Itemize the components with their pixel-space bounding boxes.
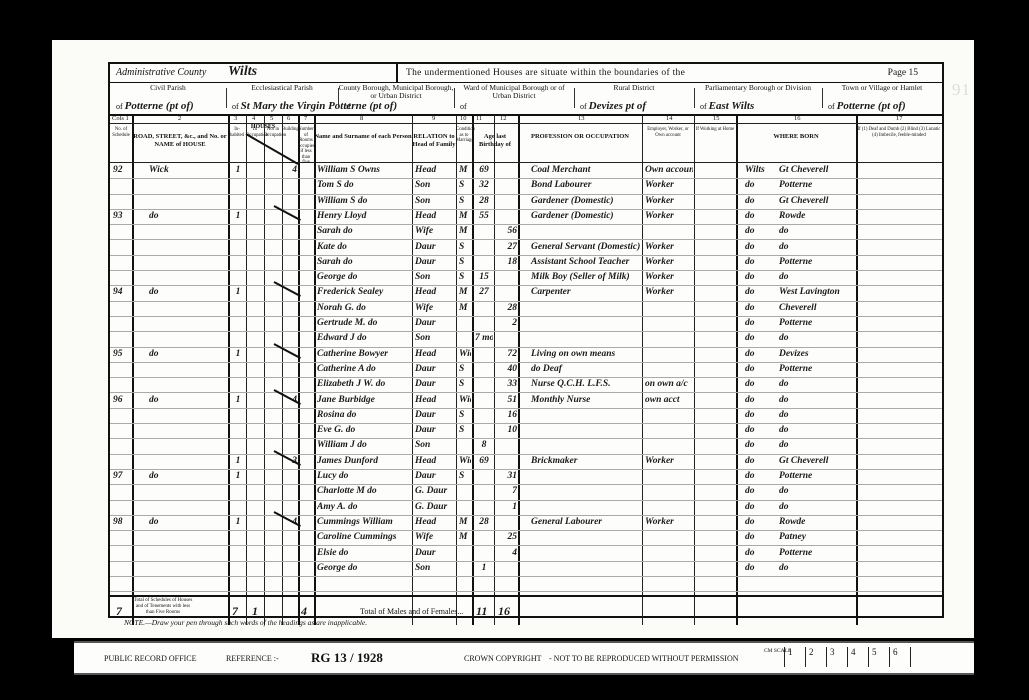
cell-cond: S	[459, 255, 471, 270]
cell-rel: Son	[415, 331, 455, 346]
cell-rel: Son	[415, 178, 455, 193]
column-number: 11	[476, 115, 482, 122]
cell-born_b: do	[779, 377, 855, 392]
cell-sched: 98	[113, 515, 131, 530]
cell-road	[135, 408, 241, 423]
cell-born_b: Gt Cheverell	[779, 454, 855, 469]
scale-cell: 6	[889, 647, 910, 667]
cell-female: 28	[497, 301, 517, 316]
cell-born_a: do	[739, 255, 781, 270]
column-header: Not in Occupation	[264, 123, 282, 163]
column-number: 7	[304, 115, 307, 122]
cell-occ: Assistant School Teacher	[521, 255, 651, 270]
column-header: If (1) Deaf and Dumb (2) Blind (3) Lunat…	[856, 123, 942, 163]
table-row: 13James DunfordHeadWid69BrickmakerWorker…	[110, 454, 942, 470]
column-header: Age last Birthday of	[472, 123, 518, 163]
cell-emp	[645, 546, 693, 561]
cell-occ: Living on own means	[521, 347, 651, 362]
cell-male	[475, 423, 493, 438]
district-divider	[574, 88, 575, 108]
table-row: 95do1Catherine BowyerHeadWid72Living on …	[110, 347, 942, 363]
cell-cond	[459, 316, 471, 331]
cell-inhab	[231, 362, 245, 377]
column-header: Condition as to Marriage	[456, 123, 472, 163]
cell-rel: Head	[415, 209, 455, 224]
cell-road: do	[135, 209, 241, 224]
cell-born_b: do	[779, 484, 855, 499]
cell-cond: M	[459, 530, 471, 545]
cell-name: Lucy do	[317, 469, 411, 484]
cell-emp	[645, 530, 693, 545]
cell-emp	[645, 362, 693, 377]
cell-name: Sarah do	[317, 255, 411, 270]
cell-born_a: do	[739, 209, 781, 224]
cell-female	[497, 285, 517, 300]
cell-female: 2	[497, 316, 517, 331]
cell-name: Frederick Sealey	[317, 285, 411, 300]
cell-occ	[521, 438, 651, 453]
district-divider	[454, 88, 455, 108]
cell-born_a: do	[739, 484, 781, 499]
cell-cond: S	[459, 469, 471, 484]
cell-inhab	[231, 408, 245, 423]
cell-inhab	[231, 377, 245, 392]
scale-cell: 2	[805, 647, 826, 667]
cell-inhab	[231, 301, 245, 316]
copyright-label: CROWN COPYRIGHT	[464, 654, 542, 663]
cell-name: Sarah do	[317, 224, 411, 239]
cell-name: Elsie do	[317, 546, 411, 561]
cell-female: 33	[497, 377, 517, 392]
cell-name: Amy A. do	[317, 500, 411, 515]
cell-rooms	[285, 423, 297, 438]
cell-born_b: Rowde	[779, 515, 855, 530]
cell-rel: Son	[415, 438, 455, 453]
cell-born_a: do	[739, 377, 781, 392]
cell-born_a: do	[739, 301, 781, 316]
cell-male	[475, 484, 493, 499]
cell-name: Norah G. do	[317, 301, 411, 316]
cell-occ	[521, 500, 651, 515]
district-cell: Ecclesiastical Parishof St Mary the Virg…	[226, 82, 338, 114]
cell-road	[135, 484, 241, 499]
cell-born_b: do	[779, 500, 855, 515]
cell-male	[475, 469, 493, 484]
cell-inhab	[231, 546, 245, 561]
cell-rel: Head	[415, 454, 455, 469]
district-value: of Potterne (pt of)	[116, 100, 194, 112]
cell-sched	[113, 530, 131, 545]
cell-rooms	[285, 316, 297, 331]
cell-sched	[113, 408, 131, 423]
cell-name: Edward J do	[317, 331, 411, 346]
cell-male: 69	[475, 163, 493, 178]
total-rooms: 4	[301, 605, 307, 619]
cell-sched	[113, 316, 131, 331]
cell-born_b: West Lavington	[779, 285, 855, 300]
cell-road: do	[135, 347, 241, 362]
cell-rel: Head	[415, 163, 455, 178]
cell-inhab	[231, 530, 245, 545]
total-males: 11	[476, 605, 487, 619]
district-name: Potterne (pt of)	[125, 100, 194, 112]
column-number: 15	[713, 115, 720, 122]
district-prefix: of	[116, 102, 123, 111]
cell-sched: 92	[113, 163, 131, 178]
cell-emp	[645, 484, 693, 499]
cell-emp	[645, 408, 693, 423]
cell-rel: Head	[415, 393, 455, 408]
cell-rel: G. Daur	[415, 500, 455, 515]
cell-occ	[521, 301, 651, 316]
cell-road	[135, 500, 241, 515]
cell-name: Catherine Bowyer	[317, 347, 411, 362]
cell-cond: S	[459, 178, 471, 193]
cell-rel: Daur	[415, 377, 455, 392]
cell-born_a: do	[739, 224, 781, 239]
cell-occ	[521, 484, 651, 499]
cell-male: 15	[475, 270, 493, 285]
cell-inhab	[231, 484, 245, 499]
cell-occ	[521, 530, 651, 545]
cell-sched	[113, 438, 131, 453]
cell-born_b: Cheverell	[779, 301, 855, 316]
admin-county-value: Wilts	[228, 64, 257, 80]
cell-occ: Bond Labourer	[521, 178, 651, 193]
cell-inhab: 1	[231, 285, 245, 300]
cell-sched	[113, 194, 131, 209]
district-label: Rural District	[574, 84, 694, 92]
cell-rooms	[285, 240, 297, 255]
cell-male: 69	[475, 454, 493, 469]
cell-born_b: Gt Cheverell	[779, 194, 855, 209]
cell-sched	[113, 423, 131, 438]
cell-inhab	[231, 500, 245, 515]
cell-male	[475, 546, 493, 561]
cell-emp: Worker	[645, 515, 693, 530]
scale-cell: 5	[868, 647, 889, 667]
cell-road	[135, 561, 241, 576]
scale-cell: 1	[784, 647, 805, 667]
cell-cond: Wid	[459, 454, 471, 469]
cell-occ	[521, 469, 651, 484]
census-form: Administrative County Wilts The undermen…	[108, 62, 944, 618]
column-number: 16	[794, 115, 801, 122]
cell-rel: Wife	[415, 224, 455, 239]
table-row: Sarah doWifeM56dodo	[110, 224, 942, 240]
district-prefix: of	[828, 102, 835, 111]
cell-male: 8	[475, 438, 493, 453]
form-header: Administrative County Wilts The undermen…	[110, 64, 942, 83]
cell-born_b: Rowde	[779, 209, 855, 224]
cell-female: 56	[497, 224, 517, 239]
cell-rel: Head	[415, 347, 455, 362]
cell-born_a: do	[739, 194, 781, 209]
side-folio-number: 91	[952, 80, 971, 100]
cell-emp: on own a/c	[645, 377, 693, 392]
district-cell: County Borough, Municipal Borough, or Ur…	[338, 82, 454, 114]
cell-emp	[645, 301, 693, 316]
cell-male	[475, 500, 493, 515]
cell-born_a: do	[739, 362, 781, 377]
cell-emp	[645, 561, 693, 576]
cell-sched: 94	[113, 285, 131, 300]
table-row: Gertrude M. doDaur2doPotterne	[110, 316, 942, 332]
cell-born_a: do	[739, 515, 781, 530]
cell-rooms	[285, 362, 297, 377]
cell-inhab	[231, 240, 245, 255]
district-label: Ecclesiastical Parish	[226, 84, 338, 92]
total-inhabited: 7	[232, 605, 238, 619]
cell-inhab: 1	[231, 347, 245, 362]
cell-born_b: do	[779, 270, 855, 285]
cell-male	[475, 530, 493, 545]
district-cell: Town or Village or Hamletof Potterne (pt…	[822, 82, 942, 114]
cell-emp: own acct	[645, 393, 693, 408]
column-number: 9	[432, 115, 435, 122]
cell-cond: S	[459, 240, 471, 255]
cell-emp: Worker	[645, 194, 693, 209]
cell-rel: Head	[415, 515, 455, 530]
reference-label: REFERENCE :-	[226, 654, 279, 663]
census-table: Cols 1234567891011121314151617No. of Sch…	[110, 115, 942, 577]
cell-born_b: Potterne	[779, 362, 855, 377]
cell-occ: Carpenter	[521, 285, 651, 300]
cell-sched	[113, 224, 131, 239]
cell-road	[135, 438, 241, 453]
cell-emp	[645, 423, 693, 438]
cell-born_b: Potterne	[779, 546, 855, 561]
cell-occ: General Servant (Domestic)	[521, 240, 651, 255]
cell-female: 72	[497, 347, 517, 362]
cell-emp	[645, 316, 693, 331]
district-prefix: of	[460, 102, 467, 111]
cell-female: 18	[497, 255, 517, 270]
cell-name: Jane Burbidge	[317, 393, 411, 408]
cell-occ: Coal Merchant	[521, 163, 651, 178]
district-divider	[226, 88, 227, 108]
column-number: 14	[666, 115, 673, 122]
cell-sched	[113, 178, 131, 193]
cell-name: Henry Lloyd	[317, 209, 411, 224]
cell-female: 7	[497, 484, 517, 499]
cell-male	[475, 240, 493, 255]
cell-name: Elizabeth J W. do	[317, 377, 411, 392]
cm-scale: 123456	[784, 647, 931, 667]
column-number: 3	[234, 115, 237, 122]
cell-rel: Daur	[415, 408, 455, 423]
cell-male: 1	[475, 561, 493, 576]
cell-born_b: Potterne	[779, 255, 855, 270]
cell-emp	[645, 500, 693, 515]
cell-rooms	[285, 438, 297, 453]
district-label: Town or Village or Hamlet	[822, 84, 942, 92]
cell-sched	[113, 301, 131, 316]
cell-male	[475, 224, 493, 239]
cell-born_a: do	[739, 240, 781, 255]
cell-rel: Daur	[415, 240, 455, 255]
cell-born_b: do	[779, 561, 855, 576]
cell-road: do	[135, 285, 241, 300]
cell-emp: Worker	[645, 454, 693, 469]
table-row: Tom S doSonS32Bond LabourerWorkerdoPotte…	[110, 178, 942, 194]
district-cell: Parliamentary Borough or Divisionof East…	[694, 82, 822, 114]
cell-road	[135, 377, 241, 392]
table-row: 98do14Cummings WilliamHeadM28General Lab…	[110, 515, 942, 531]
cell-male	[475, 362, 493, 377]
cell-rooms	[285, 194, 297, 209]
cell-rooms	[285, 530, 297, 545]
cell-inhab	[231, 423, 245, 438]
cell-rel: Son	[415, 194, 455, 209]
cell-born_a: do	[739, 178, 781, 193]
district-value: of	[460, 100, 467, 112]
cell-road	[135, 454, 241, 469]
cell-emp: Worker	[645, 178, 693, 193]
cell-inhab	[231, 224, 245, 239]
cell-emp	[645, 347, 693, 362]
cell-born_a: do	[739, 530, 781, 545]
cell-female: 27	[497, 240, 517, 255]
column-number: 10	[460, 115, 467, 122]
district-divider	[338, 88, 339, 108]
column-number: 2	[178, 115, 181, 122]
cell-rooms	[285, 270, 297, 285]
cell-occ: Gardener (Domestic)	[521, 194, 651, 209]
cell-road	[135, 546, 241, 561]
table-row: Amy A. doG. Daur1dodo	[110, 500, 942, 516]
cell-born_b: Potterne	[779, 178, 855, 193]
permission-notice: - NOT TO BE REPRODUCED WITHOUT PERMISSIO…	[549, 654, 739, 663]
cell-road	[135, 224, 241, 239]
cell-sched	[113, 484, 131, 499]
table-row: Caroline CummingsWifeM25doPatney	[110, 530, 942, 546]
district-label: County Borough, Municipal Borough, or Ur…	[338, 84, 454, 100]
district-cell: Civil Parishof Potterne (pt of)	[110, 82, 226, 114]
district-prefix: of	[580, 102, 587, 111]
table-row: Catherine A doDaurS40do DeafdoPotterne	[110, 362, 942, 378]
cell-born_a: do	[739, 561, 781, 576]
cell-female	[497, 515, 517, 530]
cell-name: Caroline Cummings	[317, 530, 411, 545]
cell-name: Gertrude M. do	[317, 316, 411, 331]
cell-sched	[113, 454, 131, 469]
district-prefix: of	[344, 102, 351, 111]
cell-born_b: do	[779, 224, 855, 239]
record-office-label: PUBLIC RECORD OFFICE	[104, 654, 196, 663]
cell-road: Wick	[135, 163, 241, 178]
cell-male	[475, 255, 493, 270]
scale-cell	[910, 647, 931, 667]
form-note: NOTE.—Draw your pen through such words o…	[124, 618, 367, 627]
cell-female: 40	[497, 362, 517, 377]
cell-sched	[113, 377, 131, 392]
cell-name: James Dunford	[317, 454, 411, 469]
total-uninhabited: 1	[252, 605, 258, 619]
table-row: 96do14Jane BurbidgeHeadWid51Monthly Nurs…	[110, 393, 942, 409]
cell-road: do	[135, 393, 241, 408]
cell-born_b: Potterne	[779, 316, 855, 331]
cell-name: George do	[317, 561, 411, 576]
cell-rel: Daur	[415, 255, 455, 270]
cell-rel: Wife	[415, 301, 455, 316]
cell-inhab: 1	[231, 469, 245, 484]
cell-occ	[521, 423, 651, 438]
column-header: WHERE BORN	[736, 123, 856, 163]
cell-cond: S	[459, 362, 471, 377]
total-schedules: 7	[116, 605, 122, 619]
cell-male	[475, 347, 493, 362]
cell-rooms	[285, 178, 297, 193]
cell-cond	[459, 546, 471, 561]
cell-born_a: do	[739, 270, 781, 285]
cell-female: 51	[497, 393, 517, 408]
cell-sched	[113, 331, 131, 346]
cell-rooms	[285, 484, 297, 499]
cell-inhab: 1	[231, 515, 245, 530]
cell-born_b: Potterne	[779, 469, 855, 484]
cell-cond: Wid	[459, 347, 471, 362]
cell-rooms	[285, 500, 297, 515]
district-label: Civil Parish	[110, 84, 226, 92]
cell-emp	[645, 469, 693, 484]
cell-cond	[459, 438, 471, 453]
table-row: Elsie doDaur4doPotterne	[110, 546, 942, 562]
column-number: 6	[287, 115, 290, 122]
cell-rel: Daur	[415, 316, 455, 331]
cell-emp: Worker	[645, 285, 693, 300]
cell-rel: Wife	[415, 530, 455, 545]
column-header: ROAD, STREET, &c., and No. or NAME of HO…	[132, 123, 228, 163]
cell-rel: Daur	[415, 423, 455, 438]
cell-sched	[113, 561, 131, 576]
cell-name: Kate do	[317, 240, 411, 255]
cell-rel: Son	[415, 561, 455, 576]
column-header: Number of Rooms occupied if less than fi…	[298, 123, 314, 163]
cell-rooms	[285, 561, 297, 576]
cell-occ	[521, 546, 651, 561]
admin-county-label: Administrative County	[116, 67, 206, 78]
cell-male	[475, 393, 493, 408]
cell-rooms: 4	[285, 163, 297, 178]
cell-born_b: do	[779, 423, 855, 438]
column-number: 4	[252, 115, 255, 122]
cell-occ: Gardener (Domestic)	[521, 209, 651, 224]
table-row: 93do1Henry LloydHeadM55Gardener (Domesti…	[110, 209, 942, 225]
cell-inhab	[231, 194, 245, 209]
cell-road	[135, 301, 241, 316]
cell-female	[497, 270, 517, 285]
cell-emp: Worker	[645, 270, 693, 285]
cell-rel: Daur	[415, 469, 455, 484]
total-schedules-label: Total of Schedules of Houses and of Tene…	[132, 598, 194, 616]
cell-cond: M	[459, 163, 471, 178]
scale-cell: 4	[847, 647, 868, 667]
table-row: George doSonS15Milk Boy (Seller of Milk)…	[110, 270, 942, 286]
district-value: of Potterne (pt of)	[828, 100, 906, 112]
cell-sched	[113, 546, 131, 561]
cell-born_b: do	[779, 331, 855, 346]
cell-occ	[521, 408, 651, 423]
cell-occ: do Deaf	[521, 362, 651, 377]
cell-road	[135, 331, 241, 346]
cell-road: do	[135, 469, 241, 484]
cell-inhab	[231, 178, 245, 193]
cell-name: Charlotte M do	[317, 484, 411, 499]
cell-rooms	[285, 255, 297, 270]
district-row: Civil Parishof Potterne (pt of)Ecclesias…	[110, 82, 942, 116]
cell-cond: S	[459, 270, 471, 285]
